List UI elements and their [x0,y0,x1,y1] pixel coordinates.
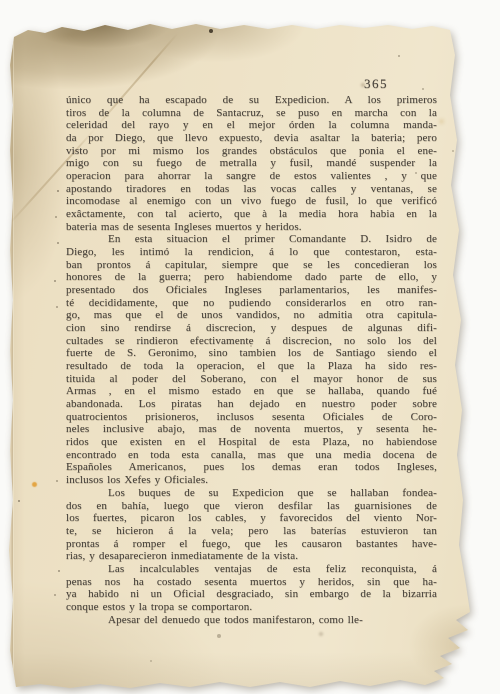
text-line: encontrado en toda esta canalla, mas que… [66,449,437,462]
text-line: exâctamente, con tal acierto, que à la m… [66,208,437,221]
text-line: celeridad del rayo y en el mejor órden l… [66,119,437,132]
paragraph: Las incalculables ventajas de esta feliz… [66,563,437,614]
paragraph: En esta situacion el primer Comandante D… [66,233,437,486]
text-line: da por Diego, que llevo expuesto, devia … [66,132,437,145]
paragraph: Los buques de su Expedicion que se halla… [66,487,437,563]
text-line: Diego, les intimó la rendicion, á lo que… [66,246,437,259]
text-line: neles inclusive abajo, mas de noventa mu… [66,423,437,436]
text-line: operacion para ahorrar la sangre de esto… [66,170,437,183]
paper-specks [0,0,2,2]
text-line: cion sino rendirse á discrecion, y despu… [66,322,437,335]
text-line: tiros de la columna de Santacruz, se pus… [66,107,437,120]
text-line: dos en bahía, luego que vieron desfilar … [66,500,437,513]
text-line: migo con su fuego de metralla y fusil, m… [66,157,437,170]
text-line: incomodase al enemigo con un vivo fuego … [66,195,437,208]
text-line: En esta situacion el primer Comandante D… [66,233,437,246]
text-line: go, mas que el de unos vandidos, no admi… [66,309,437,322]
text-line: único que ha escapado de su Expedicion. … [66,94,437,107]
text-line: abandonada. Los piratas han dejado en nu… [66,398,437,411]
text-line: presentado dos Oficiales Ingleses parlam… [66,284,437,297]
text-line: prontas á romper el fuego, que les causa… [66,538,437,551]
text-line: bateria mas de sesenta Ingleses muertos … [66,221,437,234]
text-line: penas nos ha costado sesenta muertos y h… [66,576,437,589]
text-line: Apesar del denuedo que todos manifestaro… [66,614,437,627]
paragraph: Apesar del denuedo que todos manifestaro… [66,614,437,627]
text-line: ridos que existen en el Hospital de esta… [66,436,437,449]
document-page: 365 único que ha escapado de su Expedici… [0,0,500,694]
fold-crease-vertical [11,28,14,684]
text-line: quatrocientos prisioneros, inclusos sese… [66,411,437,424]
foxing-spots [0,0,3,3]
text-line: té decididamente, que no pudiendo consid… [66,297,437,310]
text-line: inclusos los Xefes y Oficiales. [66,474,437,487]
text-line: visto por mi mismo los grandes obstáculo… [66,145,437,158]
text-line: resultado de toda la operacion, el que l… [66,360,437,373]
text-line: fuerte de S. Geronimo, sino tambien los … [66,347,437,360]
text-line: ban prontos á capitular, siempre que se … [66,259,437,272]
text-line: honores de la guerra; pero habiendome da… [66,271,437,284]
photo-background: 365 único que ha escapado de su Expedici… [0,0,500,694]
text-line: Españoles Americanos, pues los demas era… [66,461,437,474]
text-line: cultades se rindieron efectivamente á di… [66,335,437,348]
text-line: apostando tiradores en todas las vocas c… [66,183,437,196]
paper-shadow-wrapper: 365 único que ha escapado de su Expedici… [0,0,500,694]
text-line: conque estos y la tropa se comportaron. [66,601,437,614]
text-line: los fuertes, picaron los cables, y favor… [66,512,437,525]
page-number: 365 [352,76,400,92]
text-line: Armas , en el mismo estado en que se hal… [66,385,437,398]
text-line: te, se hicieron á la vela; pero las bate… [66,525,437,538]
text-line: rias, y desaparecieron inmediatamente de… [66,550,437,563]
text-line: Las incalculables ventajas de esta feliz… [66,563,437,576]
paragraph: único que ha escapado de su Expedicion. … [66,94,437,233]
page-text: único que ha escapado de su Expedicion. … [66,94,437,626]
text-line: Los buques de su Expedicion que se halla… [66,487,437,500]
text-line: tituida al poder del Soberano, con el ma… [66,373,437,386]
text-line: ya habido ni un Oficial desgraciado, sin… [66,588,437,601]
